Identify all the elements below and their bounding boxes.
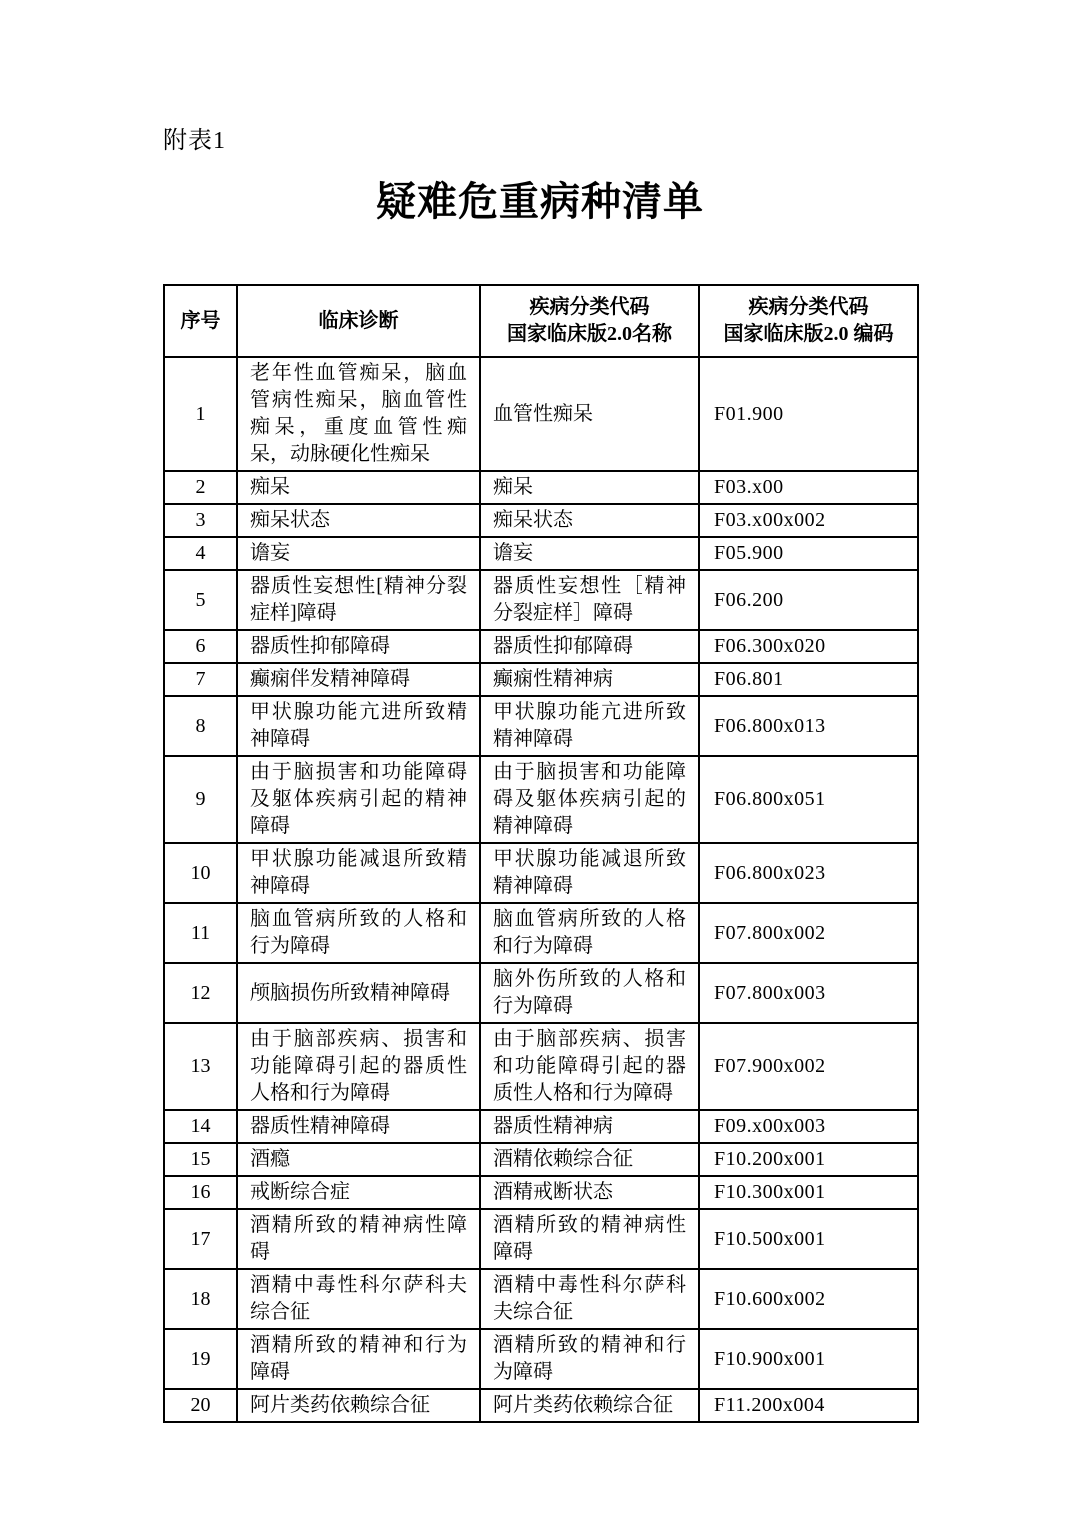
classification-code-cell: F11.200x004 <box>699 1389 918 1422</box>
classification-name-cell: 癫痫性精神病 <box>480 663 699 696</box>
clinical-diagnosis-cell: 痴呆 <box>237 471 480 504</box>
clinical-diagnosis-cell: 老年性血管痴呆，脑血管病性痴呆，脑血管性痴呆，重度血管性痴呆，动脉硬化性痴呆 <box>237 357 480 471</box>
clinical-diagnosis-cell: 由于脑部疾病、损害和功能障碍引起的器质性人格和行为障碍 <box>237 1023 480 1110</box>
classification-code-cell: F06.800x013 <box>699 696 918 756</box>
header-cell-classification-code: 疾病分类代码 国家临床版2.0 编码 <box>699 285 918 357</box>
clinical-diagnosis-cell: 谵妄 <box>237 537 480 570</box>
classification-name-cell: 酒精戒断状态 <box>480 1176 699 1209</box>
row-number-cell: 17 <box>164 1209 237 1269</box>
header-cell-classification-name: 疾病分类代码 国家临床版2.0名称 <box>480 285 699 357</box>
table-row: 10甲状腺功能减退所致精神障碍甲状腺功能减退所致精神障碍F06.800x023 <box>164 843 918 903</box>
row-number-cell: 2 <box>164 471 237 504</box>
clinical-diagnosis-cell: 甲状腺功能减退所致精神障碍 <box>237 843 480 903</box>
table-row: 8甲状腺功能亢进所致精神障碍甲状腺功能亢进所致精神障碍F06.800x013 <box>164 696 918 756</box>
clinical-diagnosis-cell: 甲状腺功能亢进所致精神障碍 <box>237 696 480 756</box>
classification-name-cell: 器质性精神病 <box>480 1110 699 1143</box>
table-row: 2痴呆痴呆F03.x00 <box>164 471 918 504</box>
table-row: 7癫痫伴发精神障碍癫痫性精神病F06.801 <box>164 663 918 696</box>
classification-code-cell: F09.x00x003 <box>699 1110 918 1143</box>
classification-name-cell: 谵妄 <box>480 537 699 570</box>
table-row: 4谵妄谵妄F05.900 <box>164 537 918 570</box>
classification-code-cell: F10.500x001 <box>699 1209 918 1269</box>
classification-code-cell: F06.200 <box>699 570 918 630</box>
classification-code-cell: F10.900x001 <box>699 1329 918 1389</box>
table-header-row: 序号 临床诊断 疾病分类代码 国家临床版2.0名称 疾病分类代码 国家临床版2.… <box>164 285 918 357</box>
row-number-cell: 20 <box>164 1389 237 1422</box>
row-number-cell: 5 <box>164 570 237 630</box>
classification-code-cell: F05.900 <box>699 537 918 570</box>
classification-code-cell: F06.800x023 <box>699 843 918 903</box>
classification-code-cell: F06.801 <box>699 663 918 696</box>
classification-name-cell: 器质性妄想性［精神分裂症样］障碍 <box>480 570 699 630</box>
clinical-diagnosis-cell: 脑血管病所致的人格和行为障碍 <box>237 903 480 963</box>
clinical-diagnosis-cell: 酒瘾 <box>237 1143 480 1176</box>
row-number-cell: 10 <box>164 843 237 903</box>
table-row: 3痴呆状态痴呆状态F03.x00x002 <box>164 504 918 537</box>
classification-name-cell: 阿片类药依赖综合征 <box>480 1389 699 1422</box>
diseases-table: 序号 临床诊断 疾病分类代码 国家临床版2.0名称 疾病分类代码 国家临床版2.… <box>163 284 919 1423</box>
row-number-cell: 12 <box>164 963 237 1023</box>
table-row: 17酒精所致的精神病性障碍酒精所致的精神病性障碍F10.500x001 <box>164 1209 918 1269</box>
table-body: 1老年性血管痴呆，脑血管病性痴呆，脑血管性痴呆，重度血管性痴呆，动脉硬化性痴呆血… <box>164 357 918 1422</box>
table-row: 14器质性精神障碍器质性精神病F09.x00x003 <box>164 1110 918 1143</box>
table-row: 9由于脑损害和功能障碍及躯体疾病引起的精神障碍由于脑损害和功能障碍及躯体疾病引起… <box>164 756 918 843</box>
classification-name-cell: 甲状腺功能减退所致精神障碍 <box>480 843 699 903</box>
classification-code-cell: F10.300x001 <box>699 1176 918 1209</box>
header-line: 疾病分类代码 <box>722 294 895 321</box>
table-row: 6器质性抑郁障碍器质性抑郁障碍F06.300x020 <box>164 630 918 663</box>
row-number-cell: 16 <box>164 1176 237 1209</box>
row-number-cell: 6 <box>164 630 237 663</box>
classification-code-cell: F07.800x002 <box>699 903 918 963</box>
table-row: 19酒精所致的精神和行为障碍酒精所致的精神和行为障碍F10.900x001 <box>164 1329 918 1389</box>
table-row: 18酒精中毒性科尔萨科夫综合征酒精中毒性科尔萨科夫综合征F10.600x002 <box>164 1269 918 1329</box>
clinical-diagnosis-cell: 由于脑损害和功能障碍及躯体疾病引起的精神障碍 <box>237 756 480 843</box>
page-title: 疑难危重病种清单 <box>0 182 1080 222</box>
classification-code-cell: F07.900x002 <box>699 1023 918 1110</box>
classification-code-cell: F03.x00 <box>699 471 918 504</box>
clinical-diagnosis-cell: 戒断综合症 <box>237 1176 480 1209</box>
header-line: 国家临床版2.0 编码 <box>722 321 895 348</box>
classification-name-cell: 甲状腺功能亢进所致精神障碍 <box>480 696 699 756</box>
clinical-diagnosis-cell: 酒精中毒性科尔萨科夫综合征 <box>237 1269 480 1329</box>
classification-code-cell: F10.600x002 <box>699 1269 918 1329</box>
classification-name-cell: 脑外伤所致的人格和行为障碍 <box>480 963 699 1023</box>
table-row: 12颅脑损伤所致精神障碍脑外伤所致的人格和行为障碍F07.800x003 <box>164 963 918 1023</box>
classification-code-cell: F07.800x003 <box>699 963 918 1023</box>
classification-code-cell: F01.900 <box>699 357 918 471</box>
row-number-cell: 1 <box>164 357 237 471</box>
row-number-cell: 19 <box>164 1329 237 1389</box>
clinical-diagnosis-cell: 颅脑损伤所致精神障碍 <box>237 963 480 1023</box>
row-number-cell: 11 <box>164 903 237 963</box>
row-number-cell: 13 <box>164 1023 237 1110</box>
clinical-diagnosis-cell: 器质性妄想性[精神分裂症样]障碍 <box>237 570 480 630</box>
row-number-cell: 4 <box>164 537 237 570</box>
table-row: 11脑血管病所致的人格和行为障碍脑血管病所致的人格和行为障碍F07.800x00… <box>164 903 918 963</box>
clinical-diagnosis-cell: 酒精所致的精神病性障碍 <box>237 1209 480 1269</box>
header-cell-serial-number: 序号 <box>164 285 237 357</box>
row-number-cell: 18 <box>164 1269 237 1329</box>
row-number-cell: 15 <box>164 1143 237 1176</box>
table-row: 15酒瘾酒精依赖综合征F10.200x001 <box>164 1143 918 1176</box>
row-number-cell: 9 <box>164 756 237 843</box>
classification-name-cell: 脑血管病所致的人格和行为障碍 <box>480 903 699 963</box>
classification-code-cell: F06.800x051 <box>699 756 918 843</box>
table-row: 5器质性妄想性[精神分裂症样]障碍器质性妄想性［精神分裂症样］障碍F06.200 <box>164 570 918 630</box>
header-line: 疾病分类代码 <box>503 294 676 321</box>
document-page: 附表1 疑难危重病种清单 序号 临床诊断 疾病分类代码 国家临床版2.0名称 疾… <box>0 0 1080 1527</box>
clinical-diagnosis-cell: 癫痫伴发精神障碍 <box>237 663 480 696</box>
table-row: 13由于脑部疾病、损害和功能障碍引起的器质性人格和行为障碍由于脑部疾病、损害和功… <box>164 1023 918 1110</box>
row-number-cell: 8 <box>164 696 237 756</box>
classification-name-cell: 酒精所致的精神和行为障碍 <box>480 1329 699 1389</box>
classification-code-cell: F10.200x001 <box>699 1143 918 1176</box>
classification-name-cell: 由于脑损害和功能障碍及躯体疾病引起的精神障碍 <box>480 756 699 843</box>
classification-code-cell: F06.300x020 <box>699 630 918 663</box>
clinical-diagnosis-cell: 痴呆状态 <box>237 504 480 537</box>
classification-name-cell: 酒精中毒性科尔萨科夫综合征 <box>480 1269 699 1329</box>
classification-name-cell: 酒精依赖综合征 <box>480 1143 699 1176</box>
classification-name-cell: 痴呆状态 <box>480 504 699 537</box>
clinical-diagnosis-cell: 器质性精神障碍 <box>237 1110 480 1143</box>
table-row: 16戒断综合症酒精戒断状态F10.300x001 <box>164 1176 918 1209</box>
classification-name-cell: 酒精所致的精神病性障碍 <box>480 1209 699 1269</box>
table-row: 20阿片类药依赖综合征阿片类药依赖综合征F11.200x004 <box>164 1389 918 1422</box>
classification-code-cell: F03.x00x002 <box>699 504 918 537</box>
row-number-cell: 7 <box>164 663 237 696</box>
classification-name-cell: 血管性痴呆 <box>480 357 699 471</box>
clinical-diagnosis-cell: 器质性抑郁障碍 <box>237 630 480 663</box>
classification-name-cell: 器质性抑郁障碍 <box>480 630 699 663</box>
classification-name-cell: 由于脑部疾病、损害和功能障碍引起的器质性人格和行为障碍 <box>480 1023 699 1110</box>
clinical-diagnosis-cell: 阿片类药依赖综合征 <box>237 1389 480 1422</box>
header-cell-clinical-diagnosis: 临床诊断 <box>237 285 480 357</box>
classification-name-cell: 痴呆 <box>480 471 699 504</box>
clinical-diagnosis-cell: 酒精所致的精神和行为障碍 <box>237 1329 480 1389</box>
header-line: 国家临床版2.0名称 <box>503 321 676 348</box>
row-number-cell: 3 <box>164 504 237 537</box>
row-number-cell: 14 <box>164 1110 237 1143</box>
appendix-label: 附表1 <box>163 127 226 156</box>
table-row: 1老年性血管痴呆，脑血管病性痴呆，脑血管性痴呆，重度血管性痴呆，动脉硬化性痴呆血… <box>164 357 918 471</box>
